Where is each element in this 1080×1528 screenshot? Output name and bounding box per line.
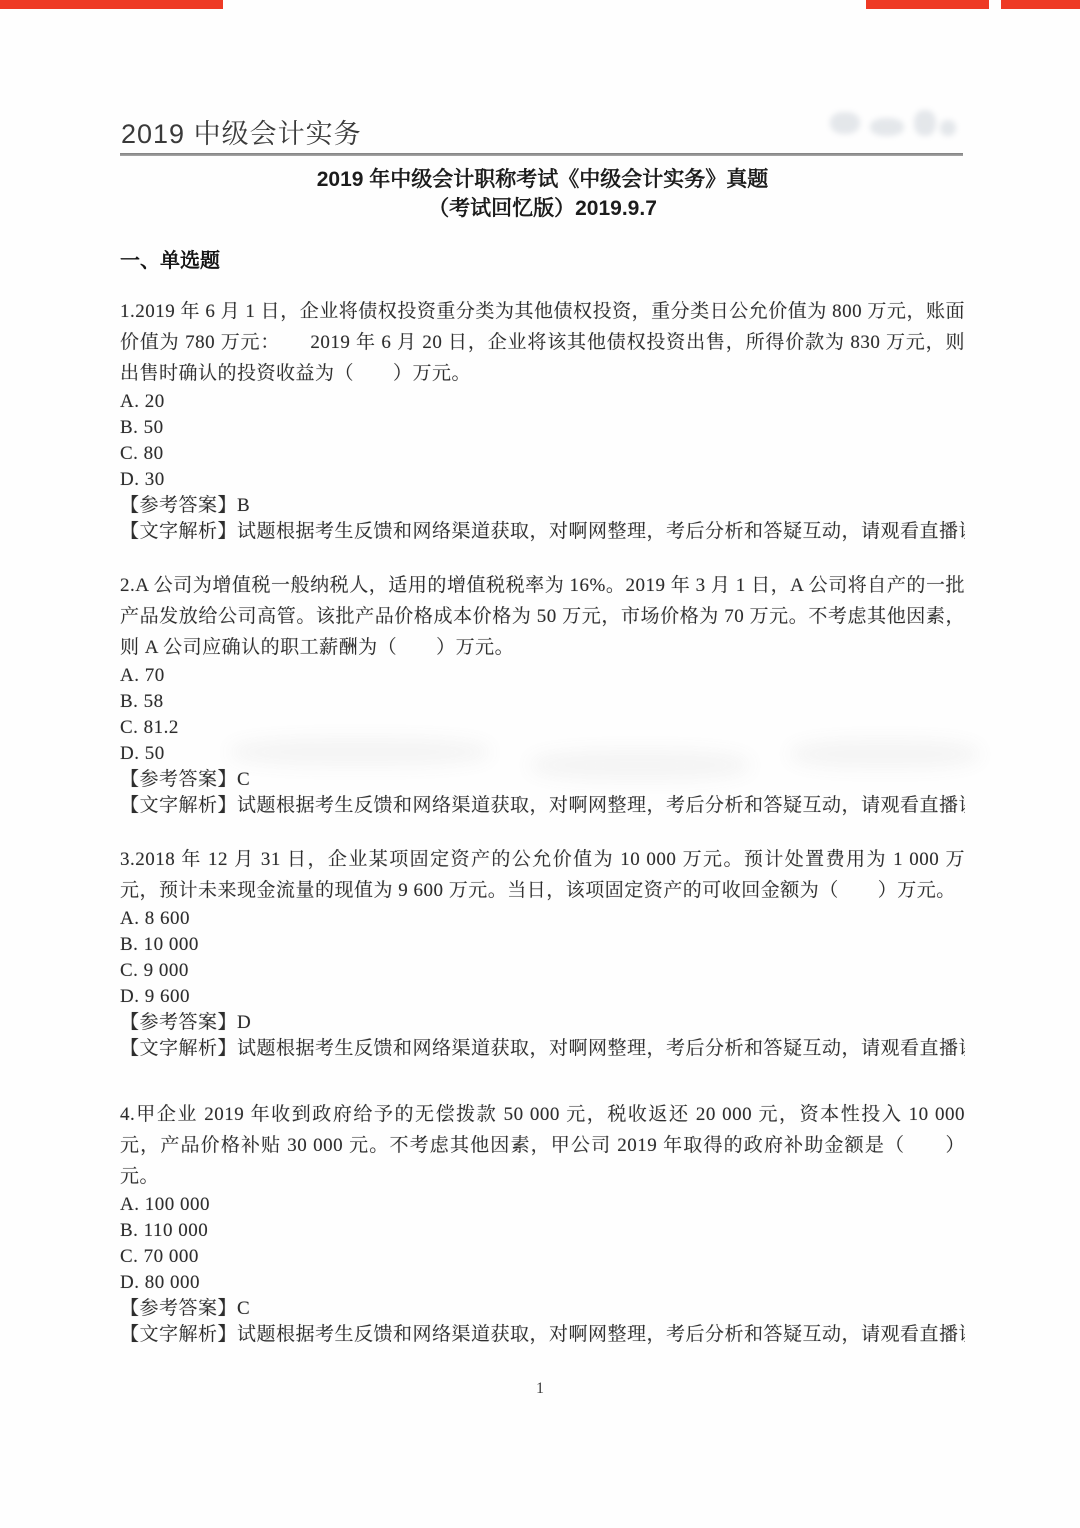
document-title-line2: （考试回忆版）2019.9.7 bbox=[120, 194, 965, 223]
option-b: B. 110 000 bbox=[120, 1218, 965, 1244]
option-a: A. 20 bbox=[120, 389, 965, 415]
analysis-label: 【文字解析】 bbox=[120, 1038, 237, 1059]
option-b: B. 58 bbox=[120, 689, 965, 715]
option-a: A. 70 bbox=[120, 663, 965, 689]
question-block-4: 4.甲企业 2019 年收到政府给予的无偿拨款 50 000 元，税收返还 20… bbox=[120, 1099, 965, 1348]
answer-line: 【参考答案】B bbox=[120, 493, 965, 519]
red-marker-left bbox=[0, 0, 223, 9]
red-marker-right-a bbox=[866, 0, 989, 9]
question-stem: 3.2018 年 12 月 31 日，企业某项固定资产的公允价值为 10 000… bbox=[120, 844, 965, 906]
answer-value: D bbox=[237, 1012, 251, 1033]
option-a: A. 8 600 bbox=[120, 906, 965, 932]
document-title: 2019 年中级会计职称考试《中级会计实务》真题 （考试回忆版）2019.9.7 bbox=[120, 165, 965, 223]
answer-line: 【参考答案】D bbox=[120, 1010, 965, 1036]
option-c: C. 80 bbox=[120, 441, 965, 467]
analysis-label: 【文字解析】 bbox=[120, 521, 237, 542]
option-d: D. 9 600 bbox=[120, 984, 965, 1010]
answer-label: 【参考答案】 bbox=[120, 1298, 237, 1319]
option-c: C. 70 000 bbox=[120, 1244, 965, 1270]
answer-value: C bbox=[237, 769, 250, 790]
analysis-text: 试题根据考生反馈和网络渠道获取，对啊网整理，考后分析和答疑互动，请观看直播讲解。 bbox=[237, 795, 965, 816]
answer-line: 【参考答案】C bbox=[120, 1296, 965, 1322]
question-stem: 1.2019 年 6 月 1 日，企业将债权投资重分类为其他债权投资，重分类日公… bbox=[120, 296, 965, 389]
analysis-label: 【文字解析】 bbox=[120, 1324, 237, 1345]
analysis-line: 【文字解析】试题根据考生反馈和网络渠道获取，对啊网整理，考后分析和答疑互动，请观… bbox=[120, 793, 965, 819]
page-number: 1 bbox=[0, 1380, 1080, 1398]
option-d: D. 50 bbox=[120, 741, 965, 767]
analysis-label: 【文字解析】 bbox=[120, 795, 237, 816]
running-header-title: 2019 中级会计实务 bbox=[121, 112, 362, 151]
analysis-text: 试题根据考生反馈和网络渠道获取，对啊网整理，考后分析和答疑互动，请观看直播讲解。 bbox=[237, 1324, 965, 1345]
document-title-line1: 2019 年中级会计职称考试《中级会计实务》真题 bbox=[120, 165, 965, 194]
analysis-line: 【文字解析】试题根据考生反馈和网络渠道获取，对啊网整理，考后分析和答疑互动，请观… bbox=[120, 519, 965, 545]
option-d: D. 30 bbox=[120, 467, 965, 493]
answer-label: 【参考答案】 bbox=[120, 769, 237, 790]
question-stem: 2.A 公司为增值税一般纳税人，适用的增值税税率为 16%。2019 年 3 月… bbox=[120, 570, 965, 663]
section-heading-single-choice: 一、单选题 bbox=[120, 244, 220, 273]
question-stem: 4.甲企业 2019 年收到政府给予的无偿拨款 50 000 元，税收返还 20… bbox=[120, 1099, 965, 1192]
question-block-2: 2.A 公司为增值税一般纳税人，适用的增值税税率为 16%。2019 年 3 月… bbox=[120, 570, 965, 819]
option-a: A. 100 000 bbox=[120, 1192, 965, 1218]
answer-label: 【参考答案】 bbox=[120, 1012, 237, 1033]
option-c: C. 9 000 bbox=[120, 958, 965, 984]
analysis-line: 【文字解析】试题根据考生反馈和网络渠道获取，对啊网整理，考后分析和答疑互动，请观… bbox=[120, 1036, 965, 1062]
option-d: D. 80 000 bbox=[120, 1270, 965, 1296]
answer-label: 【参考答案】 bbox=[120, 495, 237, 516]
analysis-line: 【文字解析】试题根据考生反馈和网络渠道获取，对啊网整理，考后分析和答疑互动，请观… bbox=[120, 1322, 965, 1348]
red-marker-right-b bbox=[1001, 0, 1080, 9]
analysis-text: 试题根据考生反馈和网络渠道获取，对啊网整理，考后分析和答疑互动，请观看直播讲解。 bbox=[237, 521, 965, 542]
answer-line: 【参考答案】C bbox=[120, 767, 965, 793]
watermark-smudge-top-right bbox=[826, 104, 964, 148]
document-page: 2019 中级会计实务 2019 年中级会计职称考试《中级会计实务》真题 （考试… bbox=[0, 0, 1080, 1528]
answer-value: C bbox=[237, 1298, 250, 1319]
option-c: C. 81.2 bbox=[120, 715, 965, 741]
analysis-text: 试题根据考生反馈和网络渠道获取，对啊网整理，考后分析和答疑互动，请观看直播讲解。 bbox=[237, 1038, 965, 1059]
option-b: B. 10 000 bbox=[120, 932, 965, 958]
question-block-1: 1.2019 年 6 月 1 日，企业将债权投资重分类为其他债权投资，重分类日公… bbox=[120, 296, 965, 545]
header-divider-rule bbox=[120, 153, 963, 156]
answer-value: B bbox=[237, 495, 250, 516]
option-b: B. 50 bbox=[120, 415, 965, 441]
question-block-3: 3.2018 年 12 月 31 日，企业某项固定资产的公允价值为 10 000… bbox=[120, 844, 965, 1062]
